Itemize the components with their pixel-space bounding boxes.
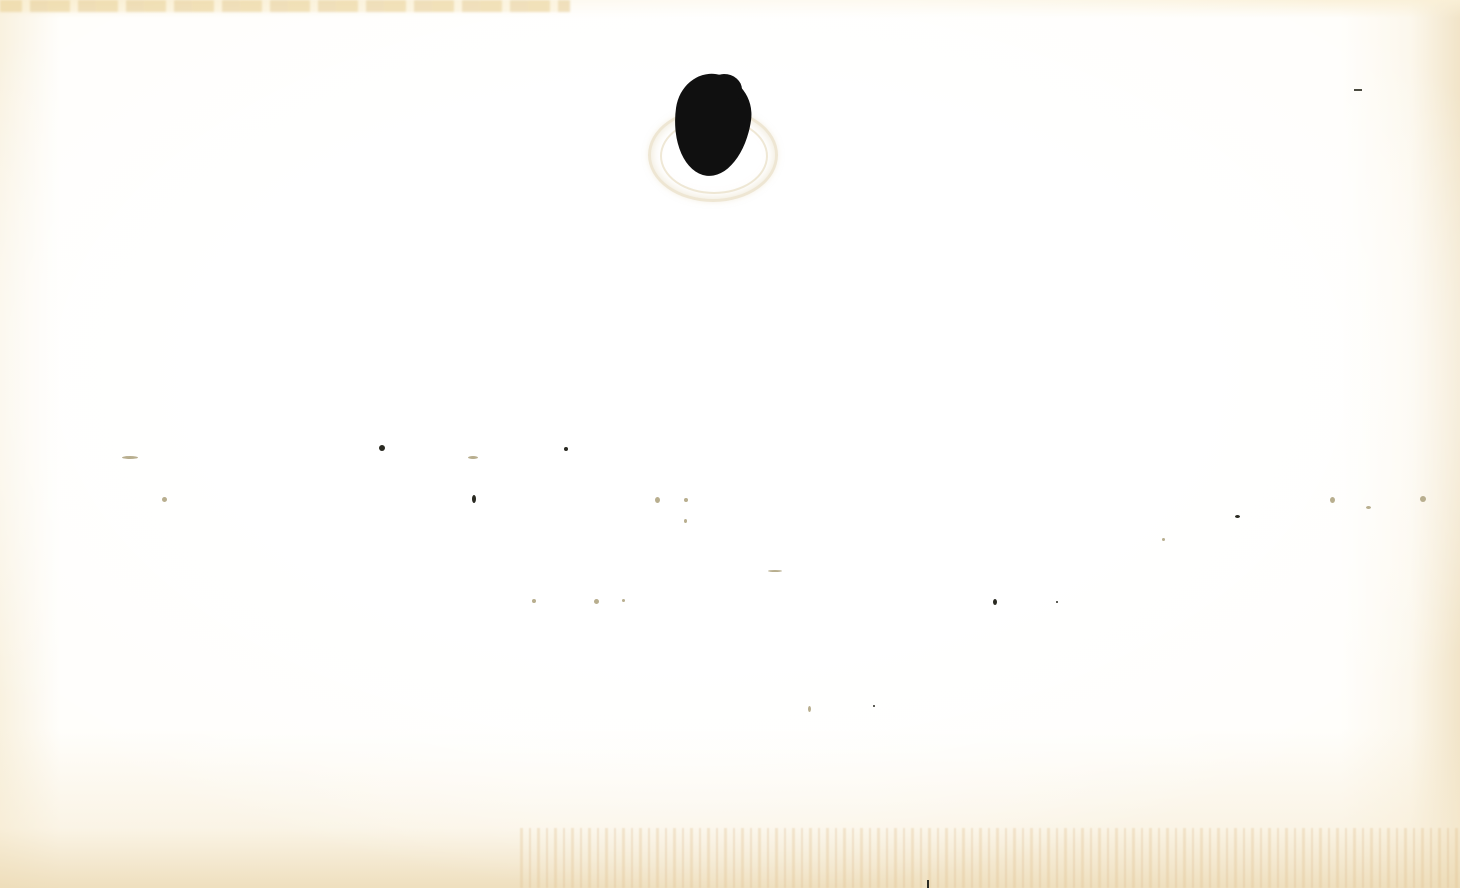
speck xyxy=(622,599,625,602)
speck xyxy=(927,880,929,888)
speck xyxy=(472,495,476,503)
speck xyxy=(684,519,687,523)
speck xyxy=(684,498,688,502)
speck xyxy=(162,497,167,502)
speck xyxy=(1420,496,1426,502)
speck xyxy=(993,599,997,605)
speck xyxy=(1056,601,1058,603)
speck xyxy=(379,445,385,451)
speck xyxy=(122,456,138,459)
speck xyxy=(1162,538,1165,541)
bottom-edge-stain xyxy=(520,828,1460,888)
speck xyxy=(468,456,478,459)
speck xyxy=(532,599,536,603)
speck xyxy=(1354,89,1362,91)
speck xyxy=(1330,497,1335,503)
speck xyxy=(564,447,568,451)
top-edge-stain xyxy=(0,0,570,12)
speck xyxy=(873,705,875,707)
punched-hole-notch xyxy=(712,74,742,100)
speck xyxy=(808,706,811,712)
speck xyxy=(1366,506,1371,509)
speck xyxy=(768,570,782,572)
speck xyxy=(1235,515,1240,518)
speck xyxy=(594,599,599,604)
speck xyxy=(655,497,660,503)
paper-sheet: Blank aged paper sheet with a punched ho… xyxy=(0,0,1460,888)
